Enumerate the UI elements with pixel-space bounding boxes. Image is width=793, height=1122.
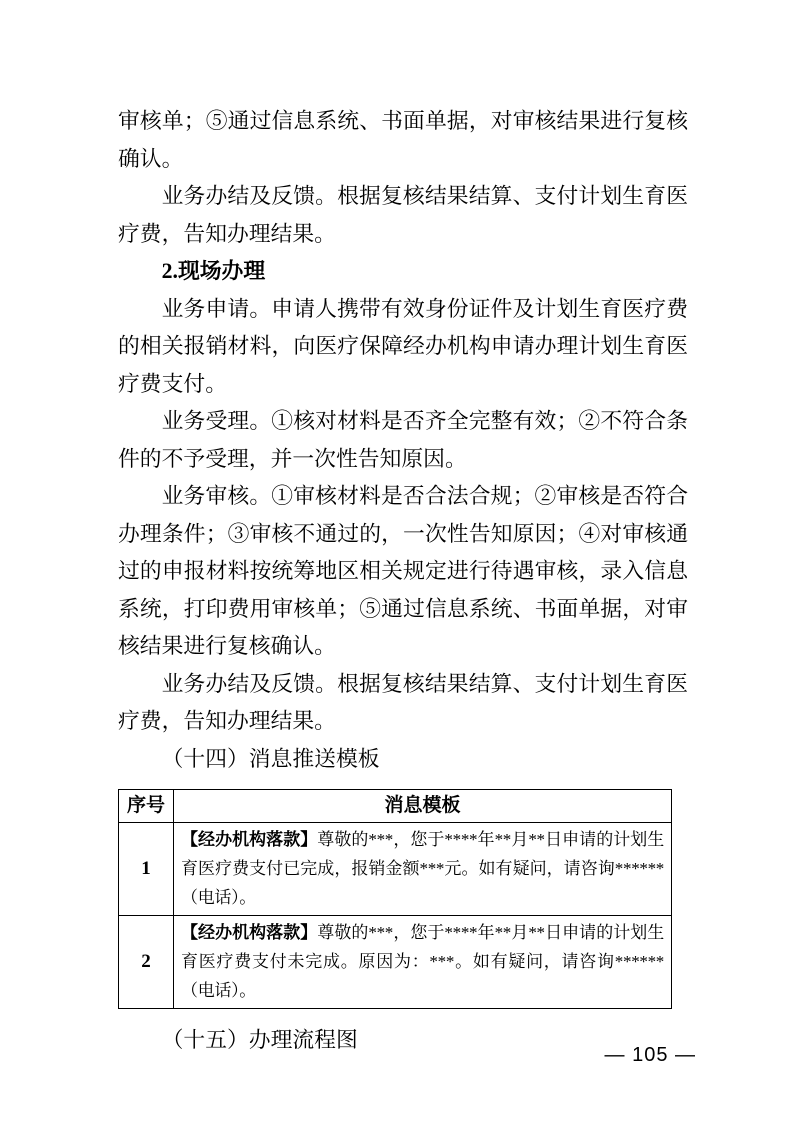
cell-row-number: 2 xyxy=(119,916,174,1009)
cell-message-template: 【经办机构落款】尊敬的***，您于****年**月**日申请的计划生育医疗费支付… xyxy=(174,916,672,1009)
table-header-no: 序号 xyxy=(119,790,174,823)
heading-message-template: （十四）消息推送模板 xyxy=(118,741,688,779)
table-header-template: 消息模板 xyxy=(174,790,672,823)
table-header-row: 序号 消息模板 xyxy=(119,790,672,823)
paragraph-completion-feedback-1: 业务办结及反馈。根据复核结果结算、支付计划生育医疗费，告知办理结果。 xyxy=(118,178,688,253)
paragraph-application: 业务申请。申请人携带有效身份证件及计划生育医疗费的相关报销材料，向医疗保障经办机… xyxy=(118,291,688,404)
paragraph-review: 业务审核。①审核材料是否合法合规；②审核是否符合办理条件；③审核不通过的，一次性… xyxy=(118,478,688,666)
document-body: 审核单；⑤通过信息系统、书面单据，对审核结果进行复核确认。 业务办结及反馈。根据… xyxy=(118,103,688,1060)
message-template-table: 序号 消息模板 1 【经办机构落款】尊敬的***，您于****年**月**日申请… xyxy=(118,789,672,1009)
cell-row-number: 1 xyxy=(119,823,174,916)
table-row: 2 【经办机构落款】尊敬的***，您于****年**月**日申请的计划生育医疗费… xyxy=(119,916,672,1009)
paragraph-completion-feedback-2: 业务办结及反馈。根据复核结果结算、支付计划生育医疗费，告知办理结果。 xyxy=(118,666,688,741)
paragraph-acceptance: 业务受理。①核对材料是否齐全完整有效；②不符合条件的不予受理，并一次性告知原因。 xyxy=(118,403,688,478)
heading-flowchart: （十五）办理流程图 xyxy=(118,1022,688,1060)
message-sender-prefix: 【经办机构落款】 xyxy=(181,923,317,942)
heading-onsite-processing: 2.现场办理 xyxy=(118,253,688,291)
page-number: — 105 — xyxy=(605,1044,696,1067)
table-row: 1 【经办机构落款】尊敬的***，您于****年**月**日申请的计划生育医疗费… xyxy=(119,823,672,916)
paragraph-review-continuation: 审核单；⑤通过信息系统、书面单据，对审核结果进行复核确认。 xyxy=(118,103,688,178)
document-page: 审核单；⑤通过信息系统、书面单据，对审核结果进行复核确认。 业务办结及反馈。根据… xyxy=(0,0,793,1122)
message-sender-prefix: 【经办机构落款】 xyxy=(181,830,317,849)
cell-message-template: 【经办机构落款】尊敬的***，您于****年**月**日申请的计划生育医疗费支付… xyxy=(174,823,672,916)
